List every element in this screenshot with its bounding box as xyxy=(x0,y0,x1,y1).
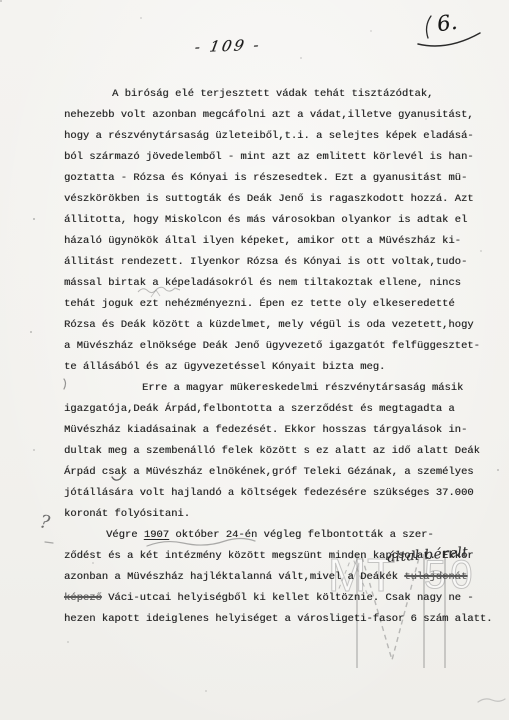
text-line: állitotta, hogy Miskolcon és más városok… xyxy=(64,210,492,231)
text-line: házaló ügynökök által ilyen képeket, ami… xyxy=(64,231,492,252)
paper-specks xyxy=(0,0,2,2)
text-segment: október 24-én végleg felbontották a szer… xyxy=(169,529,434,541)
text-line: Rózsa és Deák között a küzdelmet, mely v… xyxy=(64,315,492,336)
text-segment: azonban a Müvészház hajléktalanná vált,m… xyxy=(64,571,404,583)
text-line: Végre 1907 október 24-én végleg felbonto… xyxy=(64,525,492,546)
text-line: tehát joguk ezt nehézményezni. Épen ez t… xyxy=(64,294,492,315)
text-line: koronát folyósitani. xyxy=(64,504,492,525)
page-number: - 109 - xyxy=(166,35,290,57)
scanned-document-page: M T 50 - 109 - 6. A biróság elé terjeszt… xyxy=(0,0,509,720)
text-segment: Váci-utcai helyiségből ki kellet költözn… xyxy=(102,592,474,604)
text-line: Árpád csak a Müvészház elnökének,gróf Te… xyxy=(64,462,492,483)
text-line: vészkörökben is suttogták és Deák Jenő i… xyxy=(64,189,492,210)
text-line: dultak meg a szembenálló felek között s … xyxy=(64,441,492,462)
margin-question-mark: ? xyxy=(38,511,51,533)
text-line: Müvészház kiadásainak a fedezését. Ekkor… xyxy=(64,420,492,441)
text-line: te állásából és az ügyvezetéssel Kónyait… xyxy=(64,357,492,378)
text-segment: Végre xyxy=(106,529,144,541)
text-line: a Müvészház elnöksége Deák Jenő ügyvezet… xyxy=(64,336,492,357)
text-line: igazgatója,Deák Árpád,felbontotta a szer… xyxy=(64,399,492,420)
text-line: Erre a magyar mükereskedelmi részvénytár… xyxy=(64,378,492,399)
corner-note: 6. xyxy=(435,10,458,37)
underlined-year: 1907 xyxy=(144,529,169,541)
struck-word: képező xyxy=(64,592,102,604)
text-line: ból származó jövedelemből - mint azt az … xyxy=(64,147,492,168)
text-line: állitást rendezett. Ilyenkor Rózsa és Kó… xyxy=(64,252,492,273)
struck-word: tulajdonát xyxy=(404,571,467,583)
text-line: hezen kapott ideiglenes helyiséget a vár… xyxy=(64,609,492,630)
text-line: azonban a Müvészház hajléktalanná vált,m… xyxy=(64,567,492,588)
text-line: goztatta - Rózsa és Kónyai is részesedte… xyxy=(64,168,492,189)
text-line: hogy a részvénytársaság üzleteiből,t.i. … xyxy=(64,126,492,147)
text-line: mással birtak a képeladásokról és nem ti… xyxy=(64,273,492,294)
text-line: nehezebb volt azonban megcáfolni azt a v… xyxy=(64,105,492,126)
text-line: jótállására volt hajlandó a költségek fe… xyxy=(64,483,492,504)
text-line: képező Váci-utcai helyiségből ki kellet … xyxy=(64,588,492,609)
text-line: A biróság elé terjesztett vádak tehát ti… xyxy=(64,84,492,105)
